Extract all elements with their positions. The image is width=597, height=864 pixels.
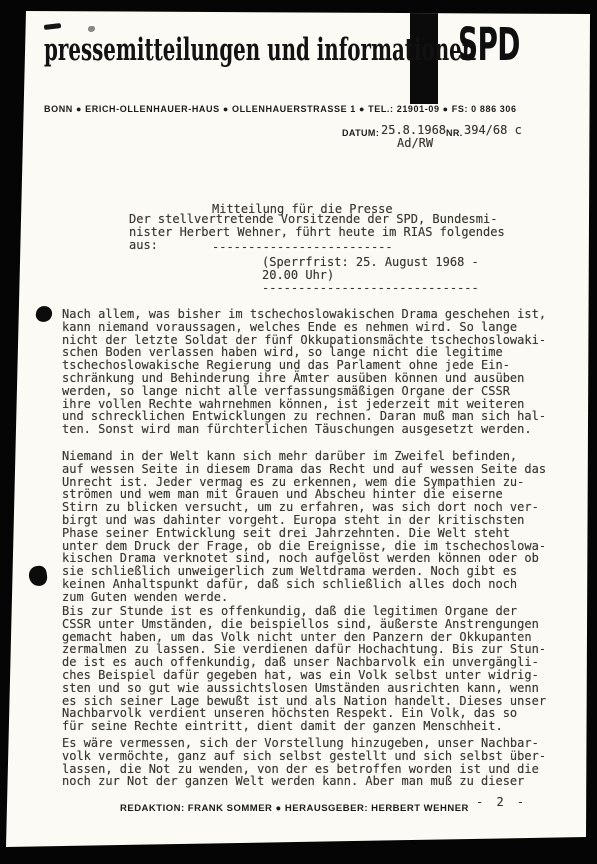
scan-mark (44, 23, 61, 30)
page-number: - 2 - (476, 796, 527, 809)
spd-logo: SPD (458, 22, 520, 67)
embargo-note: (Sperrfrist: 25. August 1968 - 20.00 Uhr… (262, 256, 479, 294)
document-page: pressemitteilungen und informationen SPD… (0, 0, 597, 864)
datum-label: DATUM: (342, 128, 379, 138)
body-paragraph: Niemand in der Welt kann sich mehr darüb… (62, 450, 546, 604)
ref-code: Ad/RW (397, 137, 433, 150)
footer-credits: REDAKTION: FRANK SOMMER ● HERAUSGEBER: H… (120, 803, 469, 814)
nr-label: NR. (446, 128, 463, 138)
address-line: BONN ● ERICH-OLLENHAUER-HAUS ● OLLENHAUE… (44, 104, 517, 114)
ink-blot (28, 565, 49, 587)
nr-value: 394/68 c (464, 124, 522, 137)
body-paragraph: Es wäre vermessen, sich der Vorstellung … (62, 737, 546, 788)
masthead-title: pressemitteilungen und informationen (44, 32, 476, 68)
body-paragraph: Bis zur Stunde ist es offenkundig, daß d… (62, 605, 546, 733)
ink-blot (35, 305, 54, 324)
body-paragraph: Nach allem, was bisher im tschechoslowak… (62, 308, 546, 436)
notice-intro: Der stellvertretende Vorsitzende der SPD… (129, 213, 505, 251)
datum-value: 25.8.1968 (381, 124, 446, 137)
